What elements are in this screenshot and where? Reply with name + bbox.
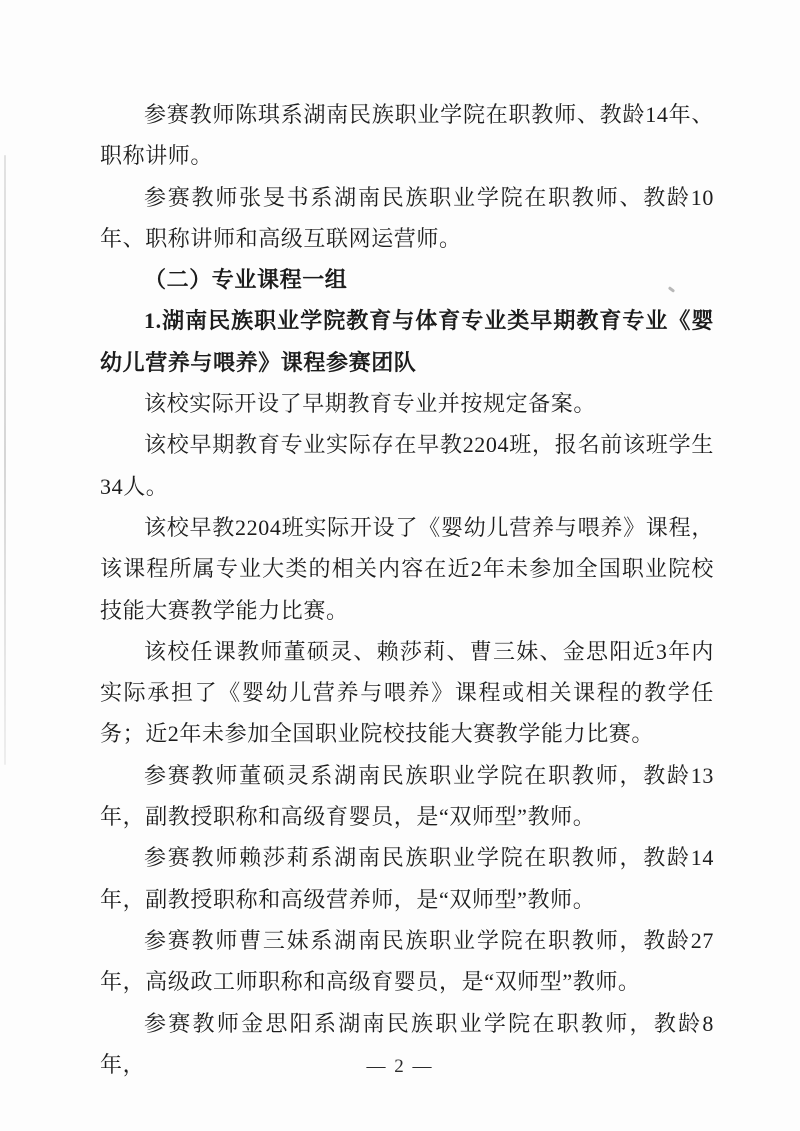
paragraph: 该校早教2204班实际开设了《婴幼儿营养与喂养》课程，该课程所属专业大类的相关内… xyxy=(100,507,714,631)
paragraph: 参赛教师陈琪系湖南民族职业学院在职教师、教龄14年、职称讲师。 xyxy=(100,94,714,177)
paragraph: 参赛教师张旻书系湖南民族职业学院在职教师、教龄10年、职称讲师和高级互联网运营师… xyxy=(100,177,714,260)
paragraph: （二）专业课程一组 xyxy=(100,259,714,300)
paragraph: 该校实际开设了早期教育专业并按规定备案。 xyxy=(100,383,714,424)
document-body: 参赛教师陈琪系湖南民族职业学院在职教师、教龄14年、职称讲师。参赛教师张旻书系湖… xyxy=(100,94,714,1085)
scan-edge-artifact xyxy=(4,155,6,765)
paragraph: 该校任课教师董硕灵、赖莎莉、曹三妹、金思阳近3年内实际承担了《婴幼儿营养与喂养》… xyxy=(100,631,714,755)
paragraph: 参赛教师董硕灵系湖南民族职业学院在职教师，教龄13年，副教授职称和高级育婴员，是… xyxy=(100,755,714,838)
page-number: — 2 — xyxy=(0,1056,800,1078)
paragraph: 该校早期教育专业实际存在早教2204班，报名前该班学生34人。 xyxy=(100,424,714,507)
paragraph: 参赛教师曹三妹系湖南民族职业学院在职教师，教龄27年，高级政工师职称和高级育婴员… xyxy=(100,920,714,1003)
document-page: 参赛教师陈琪系湖南民族职业学院在职教师、教龄14年、职称讲师。参赛教师张旻书系湖… xyxy=(0,0,800,1131)
paragraph: 1.湖南民族职业学院教育与体育专业类早期教育专业《婴幼儿营养与喂养》课程参赛团队 xyxy=(100,300,714,383)
paragraph: 参赛教师赖莎莉系湖南民族职业学院在职教师，教龄14年，副教授职称和高级营养师，是… xyxy=(100,837,714,920)
